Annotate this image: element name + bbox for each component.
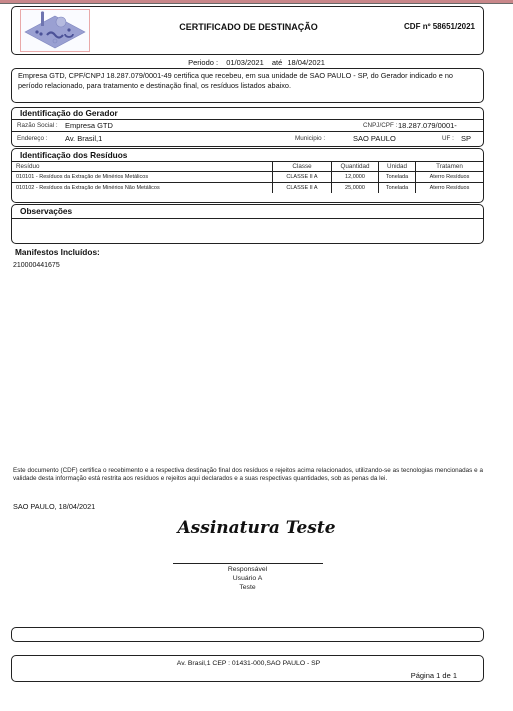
col-residuo: Resíduo [12, 162, 273, 172]
gerador-section-title: Identificação do Gerador [20, 108, 118, 118]
uf-value: SP [461, 134, 471, 143]
footer-address: Av. Brasil,1 CEP : 01431-000,SAO PAULO -… [12, 660, 485, 667]
gerador-section: Identificação do Gerador Razão Social : … [11, 107, 484, 147]
declaration-text: Este documento (CDF) certifica o recebim… [13, 467, 483, 484]
col-tratamento: Tratamen [416, 162, 484, 172]
municipio-label: Municipio : [295, 135, 325, 142]
divider [12, 119, 483, 120]
signature-line [173, 563, 323, 564]
document-footer: Av. Brasil,1 CEP : 01431-000,SAO PAULO -… [11, 655, 484, 682]
cell-tratamento: Aterro Resíduos [416, 172, 484, 183]
top-strip-line [0, 3, 513, 4]
cell-classe: CLASSE II A [273, 183, 332, 194]
signature-role: Responsável [0, 566, 495, 573]
cell-unidade: Tonelada [379, 183, 416, 194]
cell-unidade: Tonelada [379, 172, 416, 183]
observacoes-section: Observações [11, 204, 484, 244]
cell-tratamento: Aterro Resíduos [416, 183, 484, 194]
document-header: CERTIFICADO DE DESTINAÇÃO CDF nº 58651/2… [11, 6, 484, 55]
endereco-label: Endereço : [17, 135, 47, 142]
divider [12, 218, 483, 219]
period-label: Periodo : [188, 58, 218, 67]
cnpj-label: CNPJ/CPF : [363, 122, 397, 129]
residuos-section-title: Identificação dos Resíduos [20, 150, 127, 160]
uf-label: UF : [442, 135, 454, 142]
razao-social-value: Empresa GTD [65, 121, 113, 130]
cell-quantidade: 12,0000 [332, 172, 379, 183]
cell-residuo: 010102 - Resíduos da Extração de Minério… [12, 183, 273, 194]
razao-social-label: Razão Social : [17, 122, 58, 129]
divider [12, 131, 483, 132]
manifesto-number: 210000441675 [13, 262, 60, 269]
municipio-value: SAO PAULO [353, 134, 396, 143]
cell-classe: CLASSE II A [273, 172, 332, 183]
table-header-row: Resíduo Classe Quantidad Unidad Tratamen [12, 162, 483, 172]
signature-extra: Teste [0, 584, 495, 591]
endereco-value: Av. Brasil,1 [65, 134, 102, 143]
observacoes-title: Observações [20, 206, 72, 216]
residuos-section: Identificação dos Resíduos Resíduo Class… [11, 148, 484, 203]
city-date: SAO PAULO, 18/04/2021 [13, 502, 95, 511]
signature-image: Assinatura Teste [0, 518, 513, 538]
period-line: Periodo : 01/03/2021 até 18/04/2021 [0, 58, 513, 67]
manifestos-title: Manifestos Incluídos: [15, 247, 100, 257]
period-start: 01/03/2021 [226, 58, 264, 67]
period-end: 18/04/2021 [287, 58, 325, 67]
cell-residuo: 010101 - Resíduos da Extração de Minério… [12, 172, 273, 183]
period-until-label: até [272, 58, 282, 67]
col-quantidade: Quantidad [332, 162, 379, 172]
cell-quantidade: 25,0000 [332, 183, 379, 194]
certification-intro: Empresa GTD, CPF/CNPJ 18.287.079/0001-49… [11, 68, 484, 103]
col-classe: Classe [273, 162, 332, 172]
cnpj-value: 18.287.079/0001- [398, 121, 457, 130]
col-unidade: Unidad [379, 162, 416, 172]
empty-box [11, 627, 484, 642]
table-row: 010102 - Resíduos da Extração de Minério… [12, 183, 483, 194]
cdf-number: CDF nº 58651/2021 [404, 22, 475, 31]
table-row: 010101 - Resíduos da Extração de Minério… [12, 172, 483, 183]
signature-name: Usuário A [0, 575, 495, 582]
residuos-table: Resíduo Classe Quantidad Unidad Tratamen… [12, 162, 483, 193]
page-number: Página 1 de 1 [411, 671, 457, 680]
